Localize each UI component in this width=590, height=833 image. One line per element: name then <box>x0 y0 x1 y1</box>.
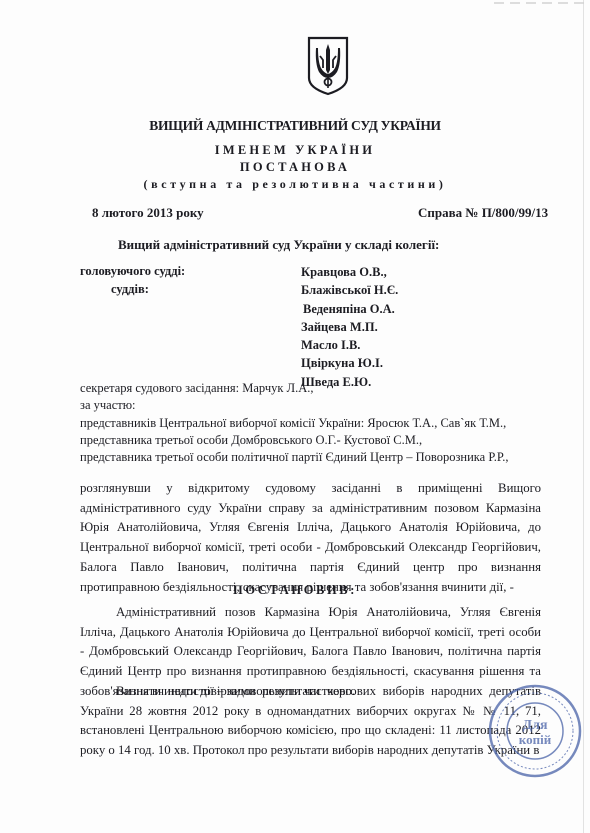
participant-line: представників Центральної виборчої коміс… <box>80 415 509 432</box>
document-date: 8 лютого 2013 року <box>92 205 204 221</box>
judges-label: суддів: <box>111 282 149 297</box>
considered-paragraph: розглянувши у відкритому судовому засіда… <box>80 479 541 597</box>
document-page: ВИЩИЙ АДМІНІСТРАТИВНИЙ СУД УКРАЇНИ ІМЕНЕ… <box>0 0 590 833</box>
coat-of-arms-icon <box>307 36 349 96</box>
scan-artifact <box>494 2 584 4</box>
document-type-heading: ПОСТАНОВА <box>0 160 590 175</box>
judge-name: Цвіркуна Ю.І. <box>301 354 398 372</box>
judge-name: Масло І.В. <box>301 336 398 354</box>
participant-line: секретаря судового засідання: Марчук Л.А… <box>80 380 509 397</box>
participant-line: за участю: <box>80 397 509 414</box>
document-subtitle: (вступна та резолютивна частини) <box>0 177 590 192</box>
judge-name: Блажівської Н.Є. <box>301 281 398 299</box>
svg-text:Для: Для <box>522 718 547 733</box>
judge-name: Веденяпіна О.А. <box>301 300 398 318</box>
court-stamp-icon: Для копій <box>487 683 583 779</box>
resolved-heading: ПОСТАНОВИВ: <box>0 583 590 598</box>
participant-line: представника третьої особи політичної па… <box>80 449 509 466</box>
judge-name: Зайцева М.П. <box>301 318 398 336</box>
invalid-results-paragraph: Визнати недостовірними результати чергов… <box>80 682 541 761</box>
judges-list: Кравцова О.В., Блажівської Н.Є. Веденяпі… <box>301 263 398 391</box>
presiding-judge-label: головуючого судді: <box>80 264 185 279</box>
composition-intro: Вищий адміністративний суд України у скл… <box>118 237 439 253</box>
svg-text:копій: копій <box>519 732 552 747</box>
in-the-name-of-heading: ІМЕНЕМ УКРАЇНИ <box>0 143 590 158</box>
participant-line: представника третьої особи Домбровського… <box>80 432 509 449</box>
judge-name: Кравцова О.В., <box>301 263 398 281</box>
case-number: Справа № П/800/99/13 <box>418 205 548 221</box>
court-name-heading: ВИЩИЙ АДМІНІСТРАТИВНИЙ СУД УКРАЇНИ <box>0 118 590 134</box>
participants-list: секретаря судового засідання: Марчук Л.А… <box>80 380 509 466</box>
